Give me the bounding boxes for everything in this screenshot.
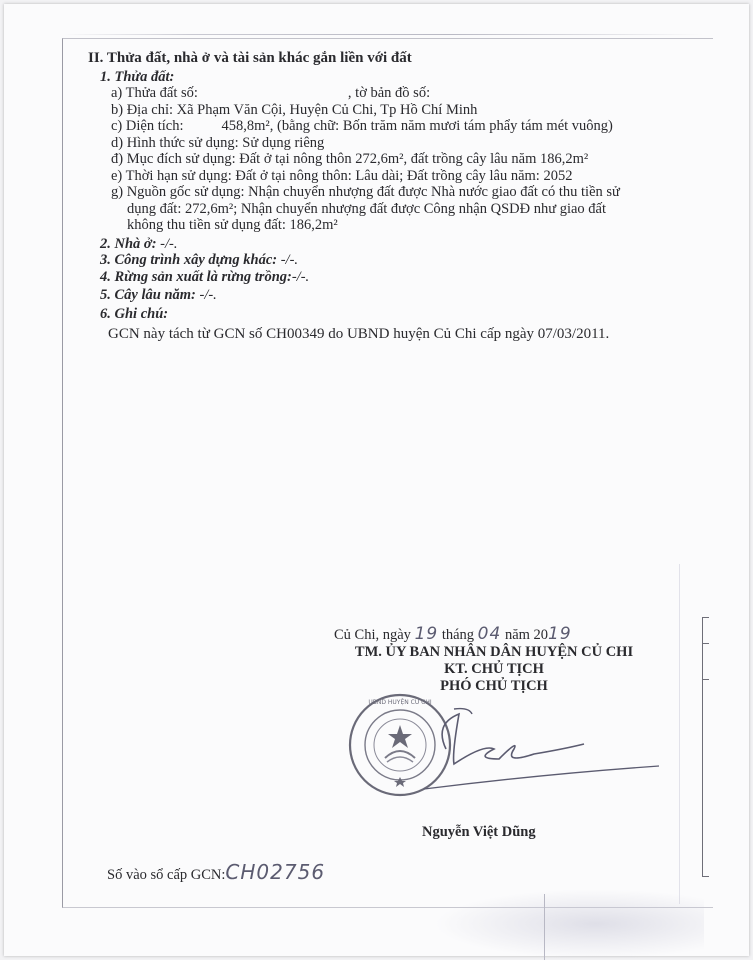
scan-smudge [434,889,704,959]
item-house: 2. Nhà ở: -/-. [100,236,648,253]
document-sheet: II. Thửa đất, nhà ở và tài sản khác gắn … [4,4,749,956]
registration-value: CH02756 [225,860,325,884]
margin-bracket [702,617,709,877]
issue-date: Củ Chi, ngày 19 tháng 04 năm 2019 [334,626,654,644]
usage-origin-cont-2: không thu tiền sử dụng đất: 186,2m² [127,217,648,234]
map-sheet-label: , tờ bản đồ số: [348,85,430,101]
area-label: c) Diện tích: [111,118,183,134]
parcel-area: c) Diện tích:458,8m², (bằng chữ: Bốn tră… [111,118,648,135]
item-other-construction: 3. Công trình xây dựng khác: -/-. [100,252,648,269]
handwritten-day: 19 [415,624,439,644]
handwritten-month: 04 [478,624,502,644]
usage-origin-cont-1: dụng đất: 272,6m²; Nhận chuyển nhượng đấ… [127,201,648,218]
signer-name: Nguyễn Việt Dũng [422,824,536,841]
item-perennial-trees: 5. Cây lâu năm: -/-. [100,287,648,304]
parcel-address: b) Địa chỉ: Xã Phạm Văn Cội, Huyện Củ Ch… [111,102,648,119]
signature-block: Củ Chi, ngày 19 tháng 04 năm 2019 TM. ỦY… [334,626,654,695]
fold-line [679,564,680,904]
usage-purpose: đ) Mục đích sử dụng: Đất ở tại nông thôn… [111,151,648,168]
issuing-authority: TM. ỦY BAN NHÂN DÂN HUYỆN CỦ CHI [334,644,654,661]
parcel-number: a) Thửa đất số:, tờ bản đồ số: [111,85,648,102]
note-text: GCN này tách từ GCN số CH00349 do UBND h… [108,326,648,343]
signer-role-1: KT. CHỦ TỊCH [334,661,654,678]
handwritten-year: 19 [548,624,572,644]
area-value: 458,8m², (bằng chữ: Bốn trăm năm mươi tá… [221,118,612,134]
bracket-tick [703,643,709,644]
svg-text:UBND HUYỆN CỦ CHI: UBND HUYỆN CỦ CHI [368,698,431,706]
bracket-tick [703,679,709,680]
handwritten-signature-icon [424,704,664,794]
parcel-number-label: a) Thửa đất số: [111,85,198,101]
registration-number: Số vào sổ cấp GCN:CH02756 [107,860,325,884]
usage-form: d) Hình thức sử dụng: Sử dụng riêng [111,135,648,152]
usage-origin: g) Nguồn gốc sử dụng: Nhận chuyển nhượng… [111,184,648,201]
scan-artifact [64,34,704,35]
registration-label: Số vào sổ cấp GCN: [107,867,225,883]
parcel-heading: 1. Thửa đất: [100,69,648,86]
section-title: II. Thửa đất, nhà ở và tài sản khác gắn … [88,50,648,67]
note-heading: 6. Ghi chú: [100,306,648,323]
item-forest: 4. Rừng sản xuất là rừng trồng:-/-. [100,269,648,286]
fold-crease [544,894,545,960]
usage-term: e) Thời hạn sử dụng: Đất ở tại nông thôn… [111,168,648,185]
land-section: II. Thửa đất, nhà ở và tài sản khác gắn … [88,50,648,343]
